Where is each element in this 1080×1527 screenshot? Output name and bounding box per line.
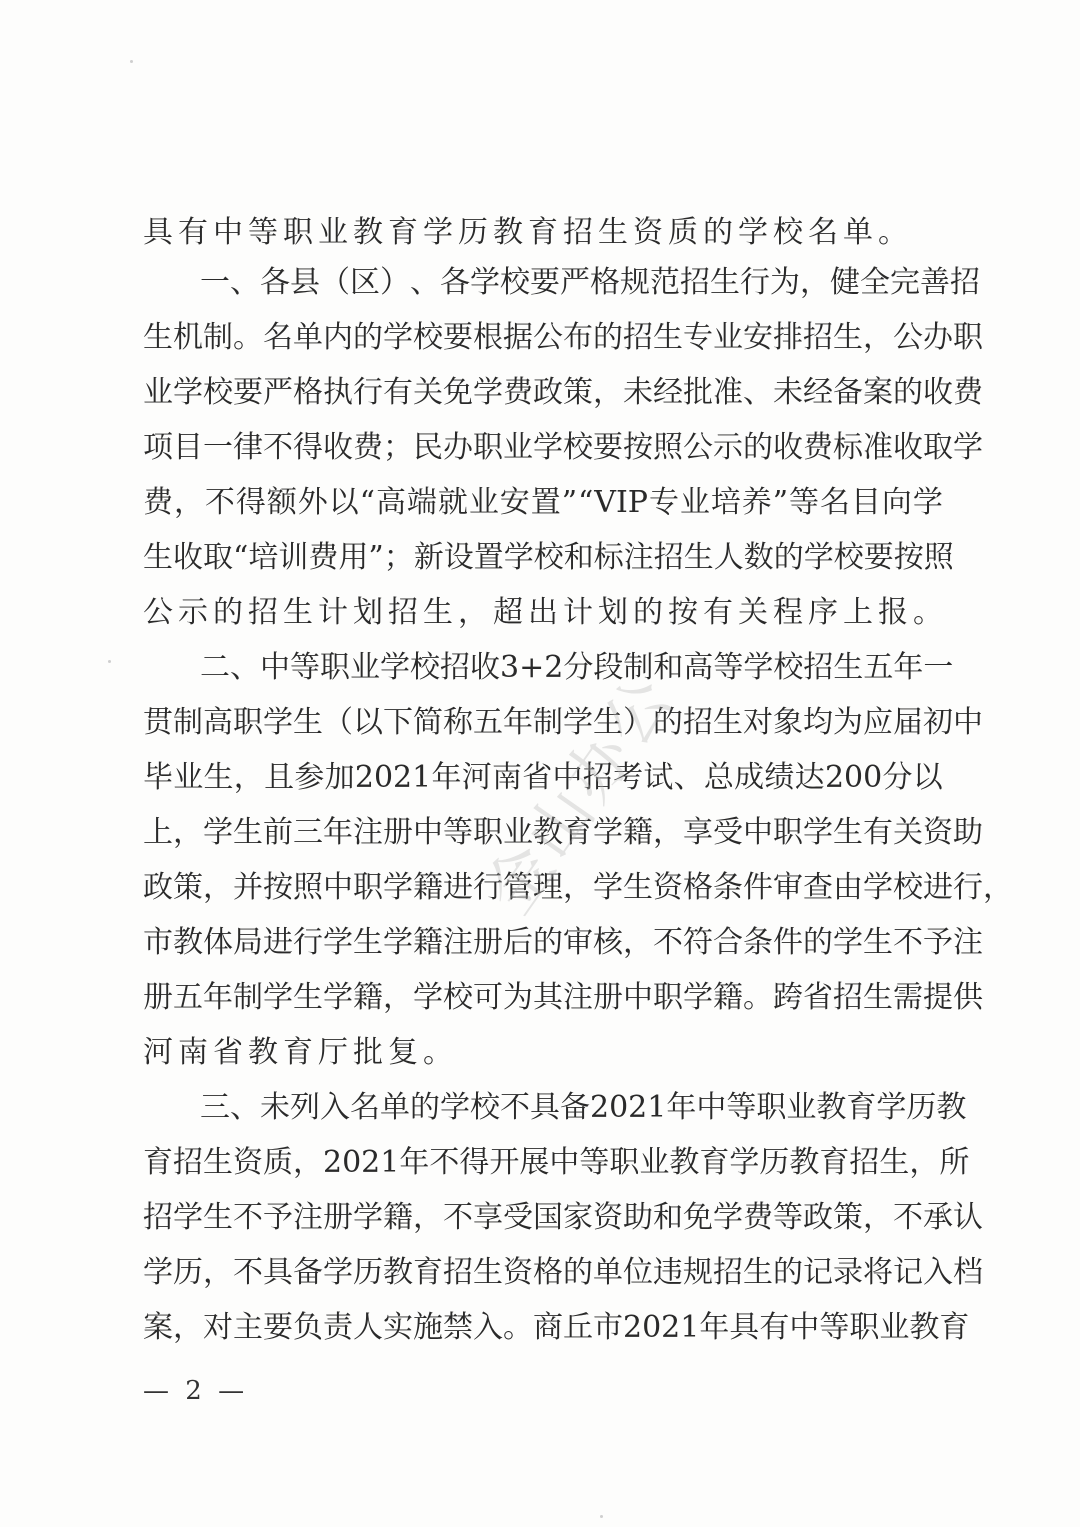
scan-speck — [600, 1515, 603, 1518]
text-line: 贯制高职学生（以下简称五年制学生）的招生对象均为应届初中 — [143, 703, 943, 743]
text-line: 育招生资质，2021年不得开展中等职业教育学历教育招生，所 — [143, 1143, 943, 1183]
text-line: 项目一律不得收费；民办职业学校要按照公示的收费标准收取学 — [143, 428, 943, 468]
text-line: 具有中等职业教育学历教育招生资质的学校名单。 — [143, 213, 943, 253]
text-line: 毕业生，且参加2021年河南省中招考试、总成绩达200分以 — [143, 758, 943, 798]
text-line: 生收取“培训费用”；新设置学校和标注招生人数的学校要按照 — [143, 538, 943, 578]
text-line: 二、中等职业学校招收3+2分段制和高等学校招生五年一 — [200, 648, 943, 688]
scan-speck — [108, 660, 111, 663]
text-line: 一、各县（区）、各学校要严格规范招生行为，健全完善招 — [200, 263, 943, 303]
text-line: 学历，不具备学历教育招生资格的单位违规招生的记录将记入档 — [143, 1253, 943, 1293]
text-line: 册五年制学生学籍，学校可为其注册中职学籍。跨省招生需提供 — [143, 978, 943, 1018]
text-line: 招学生不予注册学籍，不享受国家资助和免学费等政策，不承认 — [143, 1198, 943, 1238]
text-line: 业学校要严格执行有关免学费政策，未经批准、未经备案的收费 — [143, 373, 943, 413]
text-line: 市教体局进行学生学籍注册后的审核，不符合条件的学生不予注 — [143, 923, 943, 963]
text-line: 上，学生前三年注册中等职业教育学籍，享受中职学生有关资助 — [143, 813, 943, 853]
page-number: — 2 — — [143, 1373, 248, 1409]
scan-speck — [130, 60, 133, 63]
document-page: 具有中等职业教育学历教育招生资质的学校名单。一、各县（区）、各学校要严格规范招生… — [0, 0, 1080, 1527]
text-line: 河南省教育厅批复。 — [143, 1033, 943, 1073]
text-line: 案，对主要负责人实施禁入。商丘市2021年具有中等职业教育 — [143, 1308, 943, 1348]
text-line: 费，不得额外以“高端就业安置”“VIP专业培养”等名目向学 — [143, 483, 943, 523]
text-line: 公示的招生计划招生，超出计划的按有关程序上报。 — [143, 593, 943, 633]
text-line: 政策，并按照中职学籍进行管理，学生资格条件审查由学校进行， — [143, 868, 943, 908]
text-line: 三、未列入名单的学校不具备2021年中等职业教育学历教 — [200, 1088, 943, 1128]
text-line: 生机制。名单内的学校要根据公布的招生专业安排招生，公办职 — [143, 318, 943, 358]
